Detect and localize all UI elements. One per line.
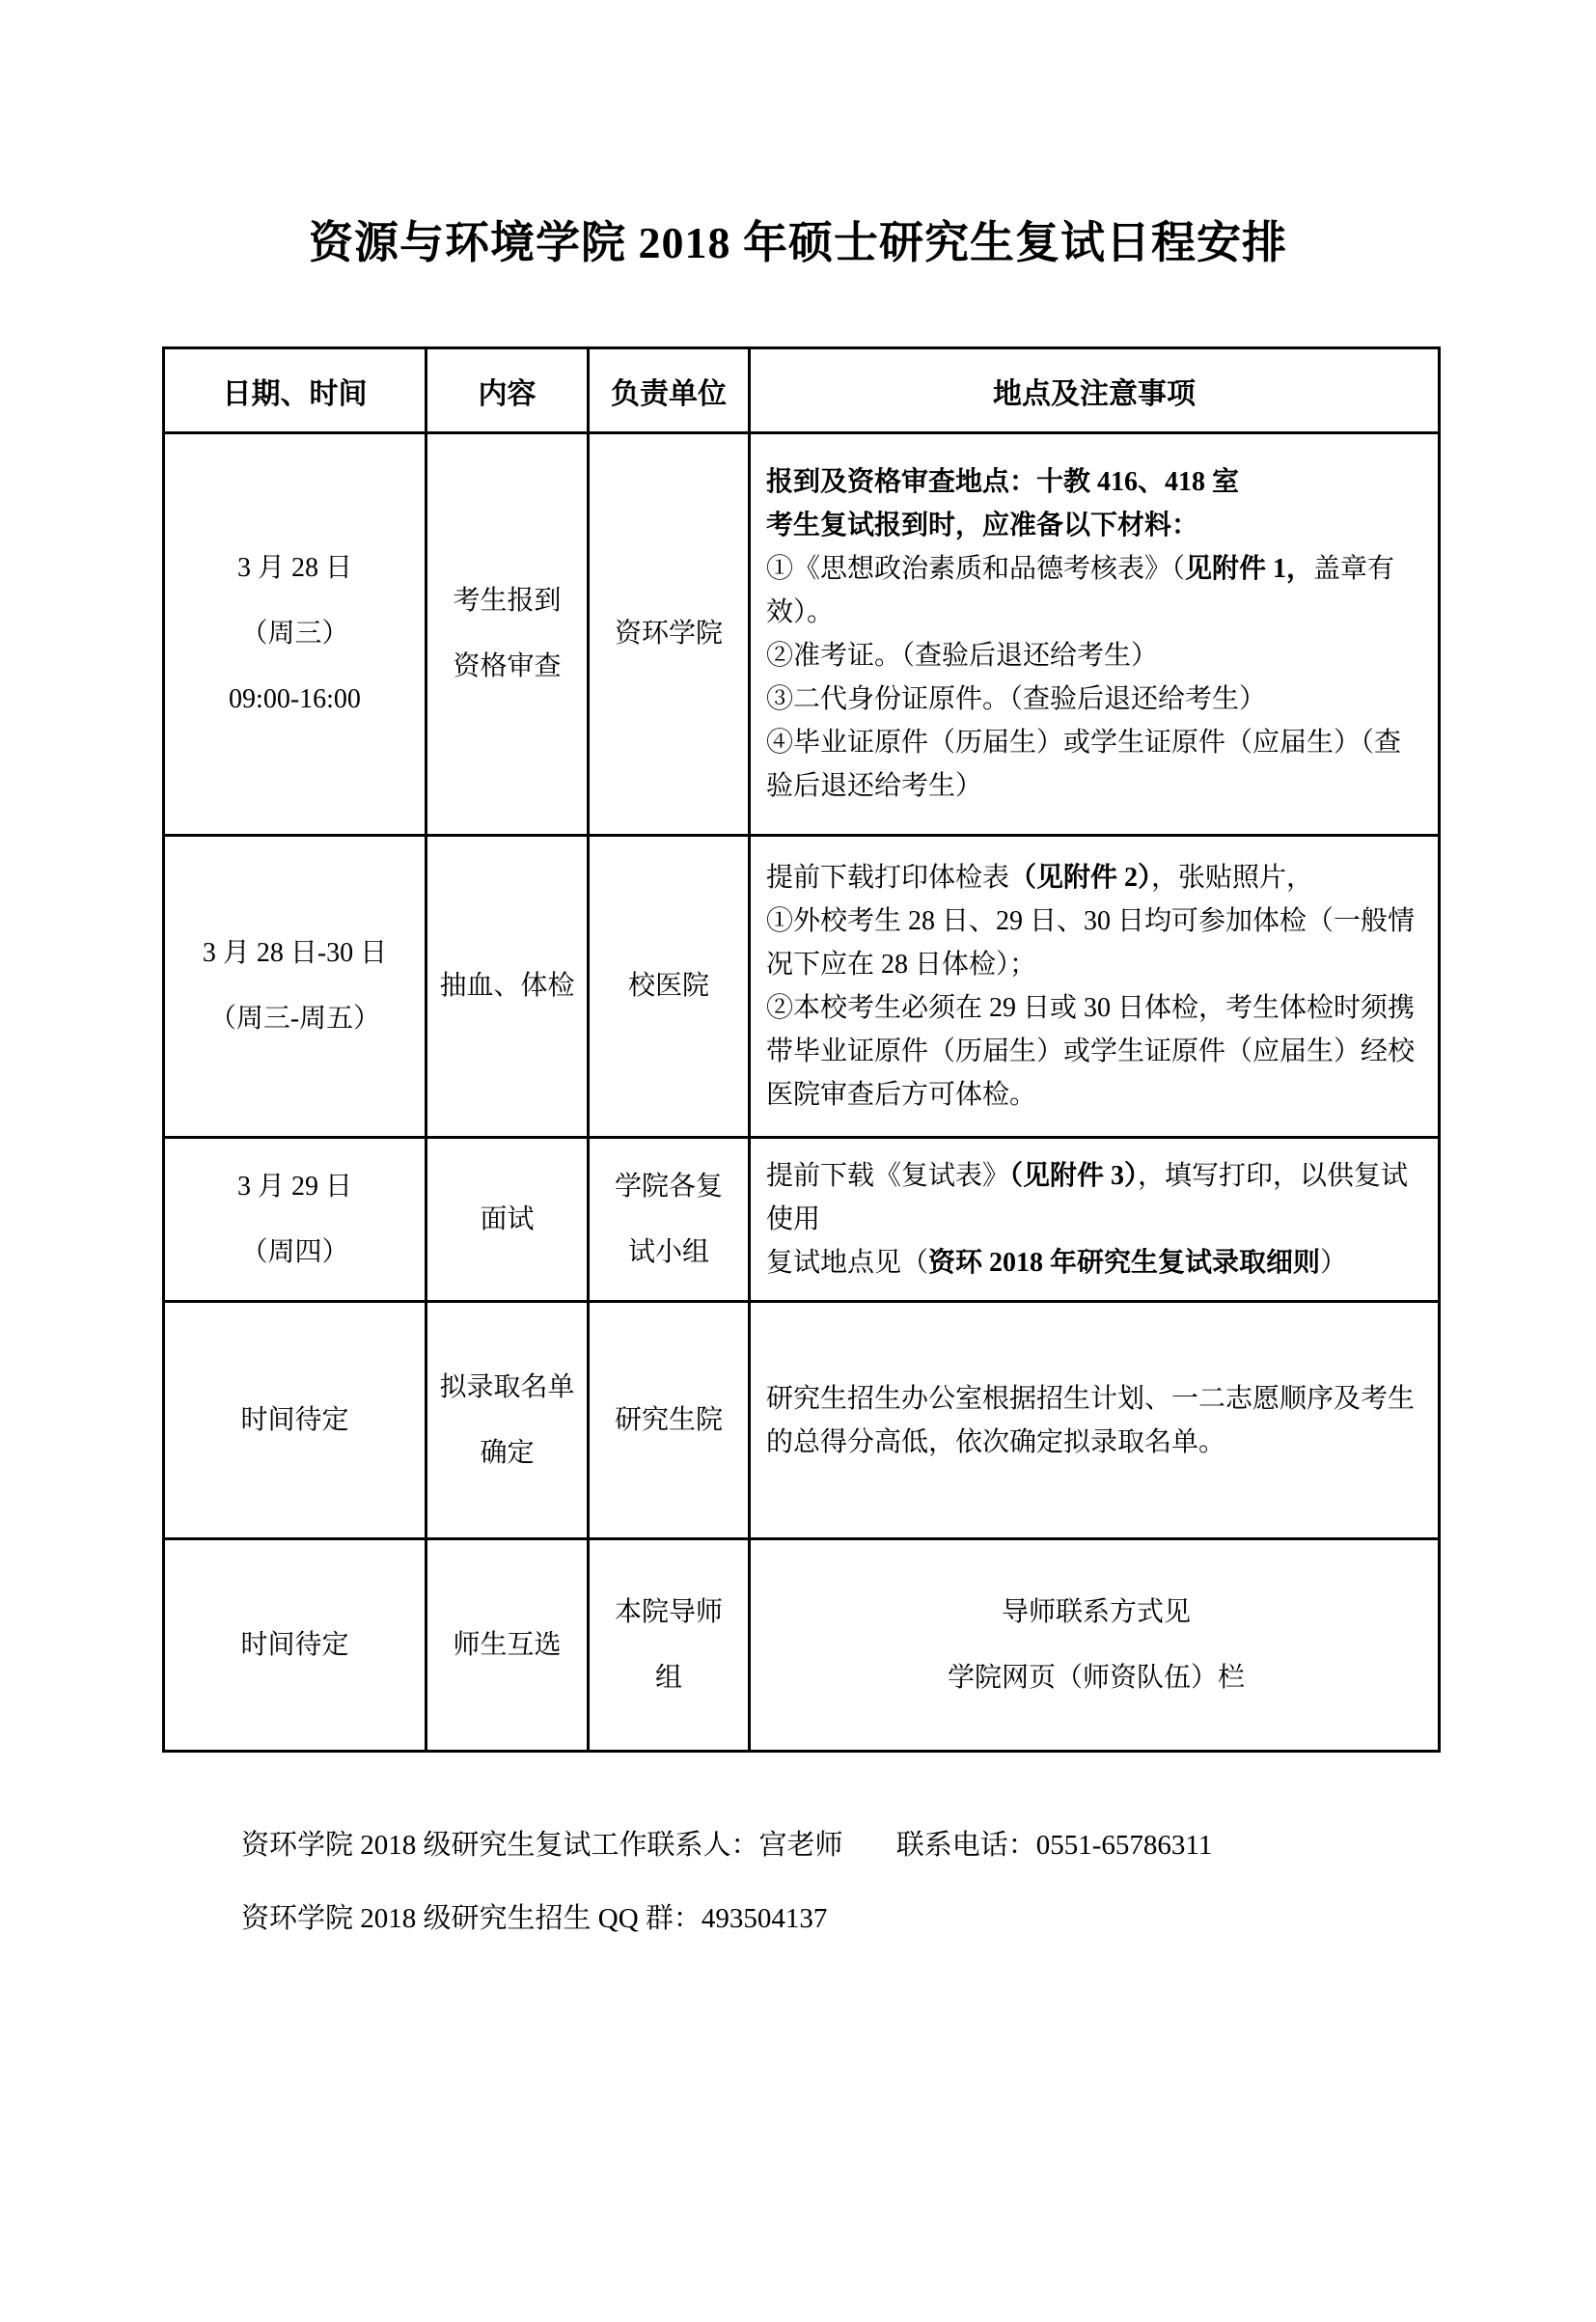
contact-person-text: 资环学院 2018 级研究生复试工作联系人：宫老师: [241, 1830, 843, 1861]
table-row: 3 月 28 日-30 日（周三-周五）抽血、体检校医院提前下载打印体检表（见附…: [164, 836, 1440, 1138]
cell-line: 时间待定: [165, 1388, 425, 1453]
note-text: 提前下载打印体检表: [766, 863, 1009, 893]
date-cell: 3 月 28 日-30 日（周三-周五）: [164, 836, 427, 1138]
footer: 资环学院 2018 级研究生复试工作联系人：宫老师 联系电话：0551-6578…: [241, 1809, 1596, 2322]
note-text: 复试地点见（: [766, 1248, 928, 1278]
note-paragraph: ②本校考生必须在 29 日或 30 日体检，考生体检时须携带毕业证原件（历届生）…: [766, 986, 1426, 1117]
contact-line: 资环学院 2018 级研究生复试工作联系人：宫老师 联系电话：0551-6578…: [241, 1809, 1596, 1882]
col-header-unit: 负责单位: [589, 348, 750, 433]
note-text: 学院网页（师资队伍）栏: [948, 1663, 1245, 1693]
note-paragraph: ③二代身份证原件。（查验后退还给考生）: [766, 677, 1426, 721]
unit-cell: 研究生院: [589, 1302, 750, 1539]
cell-line: 面试: [427, 1187, 587, 1253]
cell-line: 研究生院: [590, 1388, 748, 1453]
cell-line: 3 月 28 日-30 日: [165, 921, 425, 986]
note-text-bold: （见附件 3）: [1009, 1161, 1138, 1191]
unit-cell: 本院导师组: [589, 1539, 750, 1752]
notes-cell: 报到及资格审查地点：十教 416、418 室考生复试报到时，应准备以下材料：①《…: [750, 433, 1440, 836]
note-text-bold: （见附件 2）: [1009, 863, 1151, 893]
note-text-bold: 报到及资格审查地点：十教 416、418 室: [766, 467, 1239, 497]
schedule-table: 日期、时间 内容 负责单位 地点及注意事项 3 月 28 日（周三）09:00-…: [162, 346, 1441, 1753]
cell-line: （周四）: [165, 1220, 425, 1285]
note-paragraph: 学院网页（师资队伍）栏: [766, 1645, 1426, 1711]
note-paragraph: 提前下载《复试表》（见附件 3），填写打印，以供复试使用: [766, 1154, 1426, 1241]
unit-cell: 资环学院: [589, 433, 750, 836]
note-paragraph: 复试地点见（资环 2018 年研究生复试录取细则）: [766, 1241, 1426, 1285]
date-cell: 时间待定: [164, 1302, 427, 1539]
content-cell: 师生互选: [427, 1539, 589, 1752]
cell-line: 3 月 29 日: [165, 1154, 425, 1220]
cell-line: 09:00-16:00: [165, 667, 425, 733]
col-header-date-time: 日期、时间: [164, 348, 427, 433]
document-page: 资源与环境学院 2018 年硕士研究生复试日程安排 日期、时间 内容 负责单位 …: [0, 0, 1596, 2322]
cell-line: 时间待定: [165, 1613, 425, 1678]
note-text: ，张贴照片，: [1151, 863, 1313, 893]
note-paragraph: 考生复试报到时，应准备以下材料：: [766, 504, 1426, 547]
cell-line: 校医院: [590, 954, 748, 1019]
cell-line: （周三-周五）: [165, 986, 425, 1052]
note-text: ①外校考生 28 日、29 日、30 日均可参加体检（一般情况下应在 28 日体…: [766, 906, 1415, 980]
note-paragraph: 提前下载打印体检表（见附件 2），张贴照片，: [766, 856, 1426, 899]
notes-cell: 提前下载《复试表》（见附件 3），填写打印，以供复试使用复试地点见（资环 201…: [750, 1138, 1440, 1302]
qq-group-line: 资环学院 2018 级研究生招生 QQ 群：493504137: [241, 1882, 1596, 1955]
note-text: ①《思想政治素质和品德考核表》（: [766, 554, 1185, 584]
note-text-bold: 考生复试报到时，应准备以下材料：: [766, 511, 1198, 540]
note-paragraph: 报到及资格审查地点：十教 416、418 室: [766, 460, 1426, 504]
page-title: 资源与环境学院 2018 年硕士研究生复试日程安排: [0, 207, 1596, 271]
content-cell: 抽血、体检: [427, 836, 589, 1138]
cell-line: 3 月 28 日: [165, 536, 425, 601]
note-text: ②准考证。（查验后退还给考生）: [766, 641, 1158, 671]
note-text: ④毕业证原件（历届生）或学生证原件（应届生）（查验后退还给考生）: [766, 728, 1401, 801]
note-paragraph: ①外校考生 28 日、29 日、30 日均可参加体检（一般情况下应在 28 日体…: [766, 899, 1426, 986]
cell-line: 资格审查: [427, 634, 587, 700]
cell-line: 学院各复: [590, 1154, 748, 1220]
cell-line: 本院导师: [590, 1580, 748, 1645]
cell-line: （周三）: [165, 601, 425, 667]
note-text: ②本校考生必须在 29 日或 30 日体检，考生体检时须携带毕业证原件（历届生）…: [766, 993, 1415, 1110]
note-text-bold: 见附件 1，: [1185, 554, 1313, 584]
cell-line: 师生互选: [427, 1613, 587, 1678]
col-header-location-notes: 地点及注意事项: [750, 348, 1440, 433]
unit-cell: 校医院: [589, 836, 750, 1138]
cell-line: 试小组: [590, 1220, 748, 1285]
note-text: 提前下载《复试表》: [766, 1161, 1009, 1191]
unit-cell: 学院各复试小组: [589, 1138, 750, 1302]
schedule-table-body: 3 月 28 日（周三）09:00-16:00考生报到资格审查资环学院报到及资格…: [164, 433, 1440, 1752]
header-row: 日期、时间 内容 负责单位 地点及注意事项: [164, 348, 1440, 433]
date-cell: 3 月 28 日（周三）09:00-16:00: [164, 433, 427, 836]
cell-line: 拟录取名单: [427, 1355, 587, 1421]
cell-line: 考生报到: [427, 568, 587, 634]
notes-cell: 导师联系方式见学院网页（师资队伍）栏: [750, 1539, 1440, 1752]
date-cell: 时间待定: [164, 1539, 427, 1752]
content-cell: 拟录取名单确定: [427, 1302, 589, 1539]
note-text: ③二代身份证原件。（查验后退还给考生）: [766, 684, 1266, 714]
note-paragraph: 导师联系方式见: [766, 1580, 1426, 1645]
note-text: 研究生招生办公室根据招生计划、一二志愿顺序及考生的总得分高低，依次确定拟录取名单…: [766, 1384, 1415, 1457]
date-cell: 3 月 29 日（周四）: [164, 1138, 427, 1302]
qq-group-text: 资环学院 2018 级研究生招生 QQ 群：493504137: [241, 1903, 827, 1934]
table-row: 时间待定师生互选本院导师组导师联系方式见学院网页（师资队伍）栏: [164, 1539, 1440, 1752]
note-paragraph: ④毕业证原件（历届生）或学生证原件（应届生）（查验后退还给考生）: [766, 721, 1426, 808]
cell-line: 抽血、体检: [427, 954, 587, 1019]
notes-cell: 研究生招生办公室根据招生计划、一二志愿顺序及考生的总得分高低，依次确定拟录取名单…: [750, 1302, 1440, 1539]
table-row: 3 月 29 日（周四）面试学院各复试小组提前下载《复试表》（见附件 3），填写…: [164, 1138, 1440, 1302]
cell-line: 组: [590, 1645, 748, 1711]
note-text-bold: 资环 2018 年研究生复试录取细则: [928, 1248, 1320, 1278]
col-header-content: 内容: [427, 348, 589, 433]
cell-line: 资环学院: [590, 601, 748, 667]
note-paragraph: ①《思想政治素质和品德考核表》（见附件 1，盖章有效）。: [766, 547, 1426, 634]
note-paragraph: 研究生招生办公室根据招生计划、一二志愿顺序及考生的总得分高低，依次确定拟录取名单…: [766, 1377, 1426, 1464]
content-cell: 考生报到资格审查: [427, 433, 589, 836]
note-paragraph: ②准考证。（查验后退还给考生）: [766, 634, 1426, 677]
content-cell: 面试: [427, 1138, 589, 1302]
table-row: 时间待定拟录取名单确定研究生院研究生招生办公室根据招生计划、一二志愿顺序及考生的…: [164, 1302, 1440, 1539]
table-row: 3 月 28 日（周三）09:00-16:00考生报到资格审查资环学院报到及资格…: [164, 433, 1440, 836]
contact-phone-text: 联系电话：0551-65786311: [896, 1830, 1213, 1861]
note-text: 导师联系方式见: [1002, 1597, 1191, 1627]
note-text: ）: [1320, 1248, 1347, 1278]
notes-cell: 提前下载打印体检表（见附件 2），张贴照片，①外校考生 28 日、29 日、30…: [750, 836, 1440, 1138]
cell-line: 确定: [427, 1421, 587, 1486]
